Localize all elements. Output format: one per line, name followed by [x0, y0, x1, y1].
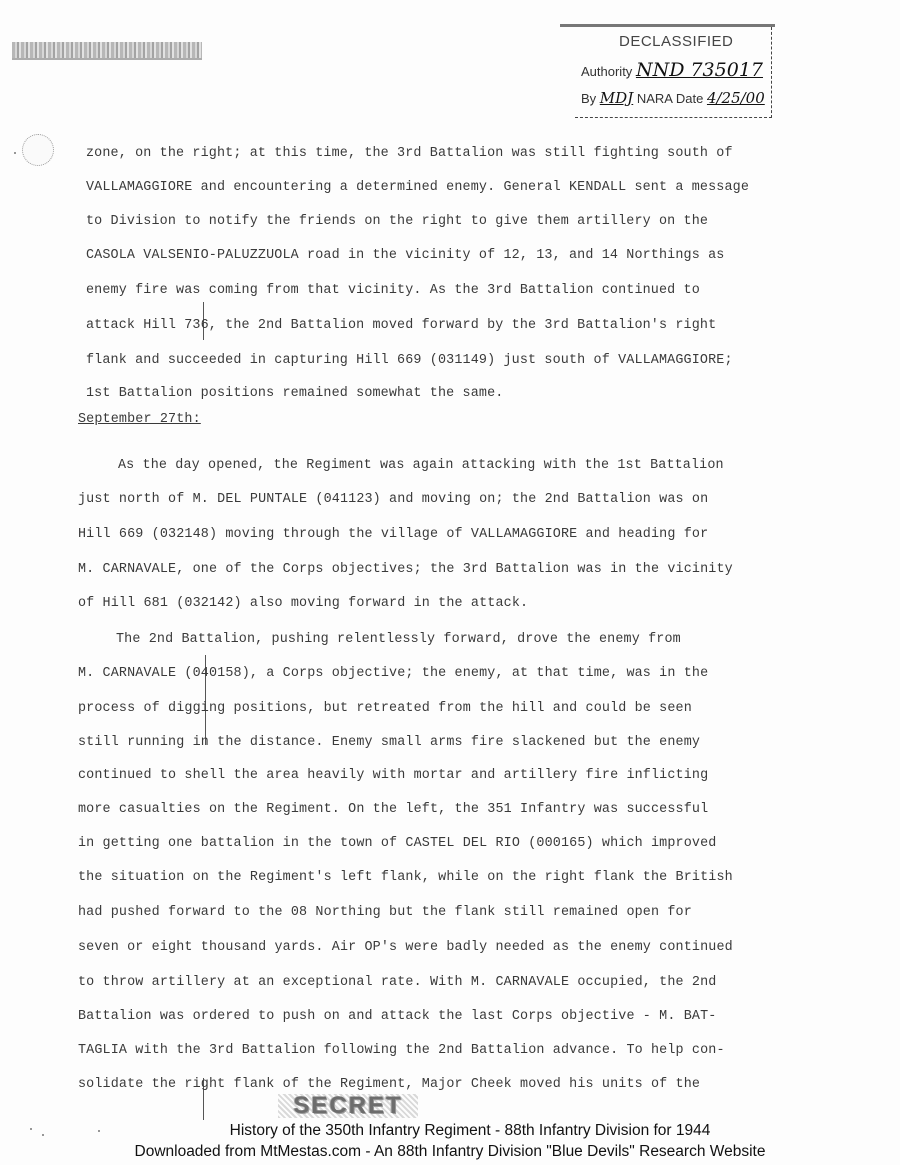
body-line: Battalion was ordered to push on and att…: [78, 1009, 716, 1024]
body-line: 1st Battalion positions remained somewha…: [86, 386, 503, 401]
body-line: continued to shell the area heavily with…: [78, 768, 708, 783]
body-line: Hill 669 (032148) moving through the vil…: [78, 527, 708, 542]
scan-speck: [98, 1130, 100, 1132]
body-line: process of digging positions, but retrea…: [78, 701, 692, 716]
body-line: the situation on the Regiment's left fla…: [78, 870, 733, 885]
body-line: enemy fire was coming from that vicinity…: [86, 283, 700, 298]
body-line: CASOLA VALSENIO-PALUZZUOLA road in the v…: [86, 248, 724, 263]
footer-source: Downloaded from MtMestas.com - An 88th I…: [0, 1143, 900, 1161]
body-line: attack Hill 736, the 2nd Battalion moved…: [86, 318, 716, 333]
document-page: DECLASSIFIED Authority NND 735017 By MDJ…: [0, 0, 900, 1165]
body-line: of Hill 681 (032142) also moving forward…: [78, 596, 528, 611]
body-line: As the day opened, the Regiment was agai…: [118, 458, 724, 473]
body-line: M. CARNAVALE (040158), a Corps objective…: [78, 666, 708, 681]
scan-speck: [42, 1134, 44, 1136]
body-text: zone, on the right; at this time, the 3r…: [78, 0, 778, 1100]
body-line: had pushed forward to the 08 Northing bu…: [78, 905, 692, 920]
body-line: The 2nd Battalion, pushing relentlessly …: [116, 632, 681, 647]
body-line: flank and succeeded in capturing Hill 66…: [86, 353, 733, 368]
scan-speck: [14, 152, 16, 154]
body-line: zone, on the right; at this time, the 3r…: [86, 146, 733, 161]
body-line: TAGLIA with the 3rd Battalion following …: [78, 1043, 725, 1058]
section-heading: September 27th:: [78, 412, 201, 427]
body-line: VALLAMAGGIORE and encountering a determi…: [86, 180, 749, 195]
body-line: seven or eight thousand yards. Air OP's …: [78, 940, 733, 955]
footer-title: History of the 350th Infantry Regiment -…: [0, 1122, 900, 1140]
secret-stamp: SECRET: [278, 1094, 418, 1118]
body-line: to Division to notify the friends on the…: [86, 214, 708, 229]
body-line: just north of M. DEL PUNTALE (041123) an…: [78, 492, 708, 507]
body-line: still running in the distance. Enemy sma…: [78, 735, 700, 750]
body-line: solidate the right flank of the Regiment…: [78, 1077, 700, 1092]
body-line: more casualties on the Regiment. On the …: [78, 802, 708, 817]
punch-hole-icon: [22, 134, 54, 166]
body-line: to throw artillery at an exceptional rat…: [78, 975, 716, 990]
body-line: in getting one battalion in the town of …: [78, 836, 716, 851]
scan-speck: [30, 1128, 32, 1130]
body-line: M. CARNAVALE, one of the Corps objective…: [78, 562, 733, 577]
